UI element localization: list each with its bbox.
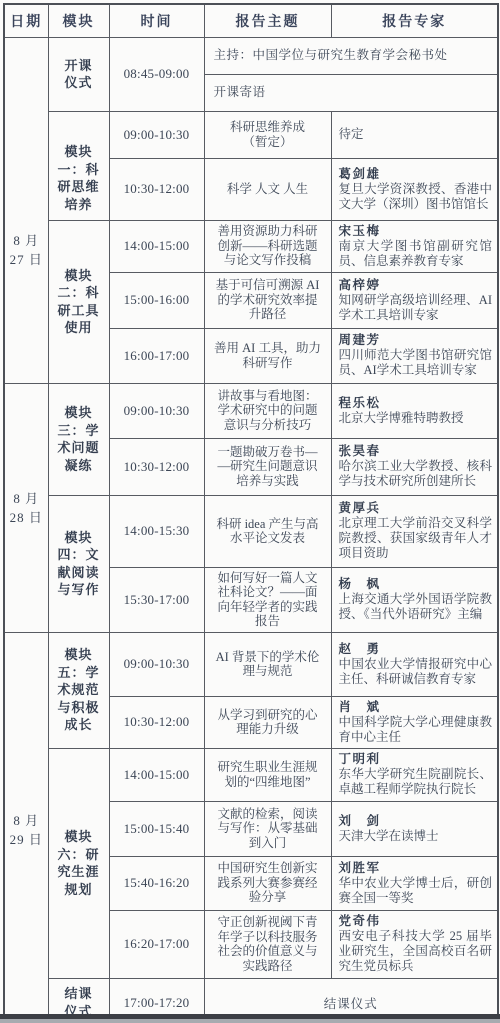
expert-desc: 北京大学博雅特聘教授 xyxy=(339,411,464,425)
time-cell: 09:00-10:30 xyxy=(109,632,204,696)
expert-name: 高梓婷 xyxy=(339,278,493,293)
table-row: 模块 二：科 研工具 使用 14:00-15:00 善用资源助力科研 创新——科… xyxy=(4,220,498,272)
expert-name: 程乐松 xyxy=(339,396,493,411)
topic-cell: 科学 人文 人生 xyxy=(204,158,331,220)
expert-name: 刘胜军 xyxy=(339,861,493,876)
module-cell-2: 模块 二：科 研工具 使用 xyxy=(48,220,109,383)
col-header-module: 模块 xyxy=(48,4,109,37)
expert-cell: 肖 斌中国科学院大学心理健康教育中心主任 xyxy=(331,696,498,748)
time-cell: 15:00-16:00 xyxy=(109,272,204,328)
topic-cell: 研究生职业生涯规 划的“四维地图” xyxy=(204,748,331,801)
date-cell-aug28: 8 月 28 日 xyxy=(4,383,48,632)
topic-cell: 科研思维养成 （暂定） xyxy=(204,111,331,158)
expert-desc: 东华大学研究生院副院长、卓越工程师学院执行院长 xyxy=(339,767,493,796)
expert-desc: 中国科学院大学心理健康教育中心主任 xyxy=(339,715,493,744)
module-cell-4: 模块 四：文 献阅读 与写作 xyxy=(48,495,109,632)
expert-cell: 黄厚兵北京理工大学前沿交叉科学院教授、获国家级青年人才项目资助 xyxy=(331,495,498,567)
topic-cell: AI 背景下的学术伦 理与规范 xyxy=(204,632,331,696)
topic-cell: 善用 AI 工具，助力 科研写作 xyxy=(204,328,331,383)
expert-cell: 刘胜军华中农业大学博士后，研创赛全国一等奖 xyxy=(331,856,498,910)
col-header-time: 时间 xyxy=(109,4,204,37)
module-cell-1: 模块 一：科 研思维 培养 xyxy=(48,111,109,220)
date-cell-aug27: 8 月 27 日 xyxy=(4,37,48,383)
expert-desc: 南京大学图书馆副研究馆员、信息素养教育专家 xyxy=(339,239,493,268)
topic-cell: 中国研究生创新实 践系列大赛参赛经 验分享 xyxy=(204,856,331,910)
expert-cell: 高梓婷知网研学高级培训经理、AI学术工具培训专家 xyxy=(331,272,498,328)
module-cell-6: 模块 六：研 究生涯 规划 xyxy=(48,748,109,978)
topic-cell: 文献的检索，阅读 与写作：从零基础 到入门 xyxy=(204,801,331,856)
expert-name: 黄厚兵 xyxy=(339,501,493,516)
expert-desc: 上海交通大学外国语学院教授、《当代外语研究》主编 xyxy=(339,592,493,621)
time-cell: 08:45-09:00 xyxy=(109,37,204,111)
expert-name: 刘 剑 xyxy=(339,814,493,829)
expert-name: 丁明利 xyxy=(339,752,493,767)
expert-desc: 哈尔滨工业大学教授、核科学与技术研究所创建所长 xyxy=(339,459,493,488)
table-row: 模块 六：研 究生涯 规划 14:00-15:00 研究生职业生涯规 划的“四维… xyxy=(4,748,498,801)
expert-name: 葛剑雄 xyxy=(339,167,493,182)
table-row: 8 月 28 日 模块 三：学 术问题 凝练 09:00-10:30 讲故事与看… xyxy=(4,383,498,438)
expert-name: 杨 枫 xyxy=(339,577,493,592)
time-cell: 16:00-17:00 xyxy=(109,328,204,383)
col-header-topic: 报告主题 xyxy=(204,4,331,37)
expert-name: 宋玉梅 xyxy=(339,224,493,239)
expert-name: 张昊春 xyxy=(339,444,493,459)
expert-cell: 赵 勇中国农业大学情报研究中心主任、科研诚信教育专家 xyxy=(331,632,498,696)
time-cell: 16:20-17:00 xyxy=(109,910,204,978)
time-cell: 09:00-10:30 xyxy=(109,111,204,158)
table-row: 模块 四：文 献阅读 与写作 14:00-15:30 科研 idea 产生与高 … xyxy=(4,495,498,567)
table-row: 8 月 27 日 开课 仪式 08:45-09:00 主持：中国学位与研究生教育… xyxy=(4,37,498,74)
time-cell: 14:00-15:30 xyxy=(109,495,204,567)
time-cell: 14:00-15:00 xyxy=(109,748,204,801)
expert-cell: 张昊春哈尔滨工业大学教授、核科学与技术研究所创建所长 xyxy=(331,438,498,495)
expert-desc: 华中农业大学博士后，研创赛全国一等奖 xyxy=(339,876,493,905)
expert-cell: 党奇伟西安电子科技大学 25 届毕业研究生，全国高校百名研究生党员标兵 xyxy=(331,910,498,978)
module-cell-5: 模块 五：学 术规范 与积极 成长 xyxy=(48,632,109,748)
expert-cell: 程乐松北京大学博雅特聘教授 xyxy=(331,383,498,438)
topic-cell: 一题勘破万卷书— —研究生问题意识 培养与实践 xyxy=(204,438,331,495)
expert-cell: 待定 xyxy=(331,111,498,158)
expert-desc: 西安电子科技大学 25 届毕业研究生，全国高校百名研究生党员标兵 xyxy=(339,929,493,973)
expert-cell: 丁明利东华大学研究生院副院长、卓越工程师学院执行院长 xyxy=(331,748,498,801)
expert-desc: 四川师范大学图书馆研究馆员、AI学术工具培训专家 xyxy=(339,348,493,377)
time-cell: 15:00-15:40 xyxy=(109,801,204,856)
time-cell: 15:30-17:00 xyxy=(109,567,204,632)
topic-cell-host: 主持：中国学位与研究生教育学会秘书处 xyxy=(204,37,498,74)
expert-cell: 杨 枫上海交通大学外国语学院教授、《当代外语研究》主编 xyxy=(331,567,498,632)
topic-cell: 从学习到研究的心 理能力升级 xyxy=(204,696,331,748)
table-row: 8 月 29 日 模块 五：学 术规范 与积极 成长 09:00-10:30 A… xyxy=(4,632,498,696)
expert-name: 党奇伟 xyxy=(339,914,493,929)
col-header-date: 日期 xyxy=(4,4,48,37)
topic-cell: 科研 idea 产生与高 水平论文发表 xyxy=(204,495,331,567)
time-cell: 15:40-16:20 xyxy=(109,856,204,910)
expert-desc: 北京理工大学前沿交叉科学院教授、获国家级青年人才项目资助 xyxy=(339,516,493,560)
time-cell: 09:00-10:30 xyxy=(109,383,204,438)
header-row: 日期 模块 时间 报告主题 报告专家 xyxy=(4,4,498,37)
module-cell-opening-ceremony: 开课 仪式 xyxy=(48,37,109,111)
expert-desc: 天津大学在读博士 xyxy=(339,829,439,843)
time-cell: 10:30-12:00 xyxy=(109,696,204,748)
date-cell-aug29: 8 月 29 日 xyxy=(4,632,48,1023)
expert-desc: 待定 xyxy=(339,127,364,141)
col-header-expert: 报告专家 xyxy=(331,4,498,37)
topic-cell: 讲故事与看地图： 学术研究中的问题 意识与分析技巧 xyxy=(204,383,331,438)
expert-cell: 宋玉梅南京大学图书馆副研究馆员、信息素养教育专家 xyxy=(331,220,498,272)
time-cell: 10:30-12:00 xyxy=(109,158,204,220)
expert-name: 肖 斌 xyxy=(339,700,493,715)
topic-cell: 基于可信可溯源 AI 的学术研究效率提 升路径 xyxy=(204,272,331,328)
time-cell: 14:00-15:00 xyxy=(109,220,204,272)
expert-cell: 刘 剑天津大学在读博士 xyxy=(331,801,498,856)
topic-cell: 如何写好一篇人文 社科论文？——面 向年轻学者的实践 报告 xyxy=(204,567,331,632)
expert-cell: 周建芳四川师范大学图书馆研究馆员、AI学术工具培训专家 xyxy=(331,328,498,383)
topic-cell: 善用资源助力科研 创新——科研选题 与论文写作投稿 xyxy=(204,220,331,272)
time-cell: 10:30-12:00 xyxy=(109,438,204,495)
expert-name: 赵 勇 xyxy=(339,642,493,657)
expert-desc: 中国农业大学情报研究中心主任、科研诚信教育专家 xyxy=(339,657,493,686)
expert-desc: 复旦大学资深教授、香港中文大学（深圳）图书馆馆长 xyxy=(339,182,493,211)
expert-name: 周建芳 xyxy=(339,333,493,348)
expert-desc: 知网研学高级培训经理、AI学术工具培训专家 xyxy=(339,293,493,322)
table-row: 模块 一：科 研思维 培养 09:00-10:30 科研思维养成 （暂定） 待定 xyxy=(4,111,498,158)
topic-cell-opening-remarks: 开课寄语 xyxy=(204,74,498,111)
expert-cell: 葛剑雄复旦大学资深教授、香港中文大学（深圳）图书馆馆长 xyxy=(331,158,498,220)
module-cell-3: 模块 三：学 术问题 凝练 xyxy=(48,383,109,495)
schedule-table: 日期 模块 时间 报告主题 报告专家 8 月 27 日 开课 仪式 08:45-… xyxy=(3,3,499,1023)
page-bottom-edge-gray xyxy=(0,1019,500,1023)
topic-cell: 守正创新视阈下青 年学子以科技服务 社会的价值意义与 实践路径 xyxy=(204,910,331,978)
